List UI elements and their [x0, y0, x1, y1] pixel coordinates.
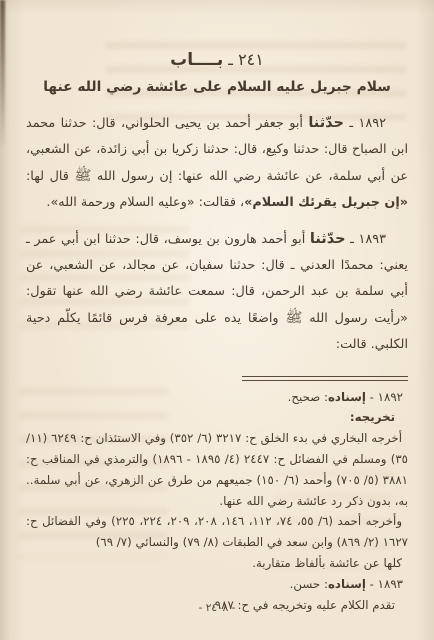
page-content: ٢٤١ ـ بــــاب سلام جبريل عليه السلام على…: [0, 0, 434, 615]
hadith-paragraph-1892: ١٨٩٢ ـ حدّثنا أبو جعفر أحمد بن يحيى الحل…: [26, 110, 408, 217]
chapter-header: ٢٤١ ـ بــــاب: [26, 50, 408, 70]
hadith-paragraph-1893: ١٨٩٣ ـ حدّثنا أبو أحمد هارون بن يوسف، قا…: [26, 226, 408, 359]
page-number: - ٢٤٠٨ -: [0, 602, 434, 614]
footnotes-section: ١٨٩٢ - إسناده: صحيح. تخريجه: أخرجه البخا…: [26, 387, 408, 616]
footnote-1892-grade: ١٨٩٢ - إسناده: صحيح.: [26, 387, 408, 408]
book-page: ٢٤١ ـ بــــاب سلام جبريل عليه السلام على…: [0, 0, 434, 640]
footnote-1893-grade: ١٨٩٣ - إسناده: حسن.: [26, 574, 408, 595]
footnote-takhrij-sources: أخرجه البخاري في بدء الخلق ح: ٣٢١٧ (٦/ ٣…: [26, 428, 408, 511]
footnote-separator: [242, 376, 408, 381]
footnote-wording-note: كلها عن عائشة بألفاظ متقاربة.: [26, 553, 408, 574]
footnote-other-sources: وأخرجه أحمد (٦/ ٥٥، ٧٤، ١١٢، ١٤٦، ٢٠٨، ٢…: [26, 511, 408, 553]
chapter-title: سلام جبريل عليه السلام على عائشة رضي الل…: [26, 79, 408, 95]
footnote-takhrij-heading: تخريجه:: [26, 407, 408, 428]
